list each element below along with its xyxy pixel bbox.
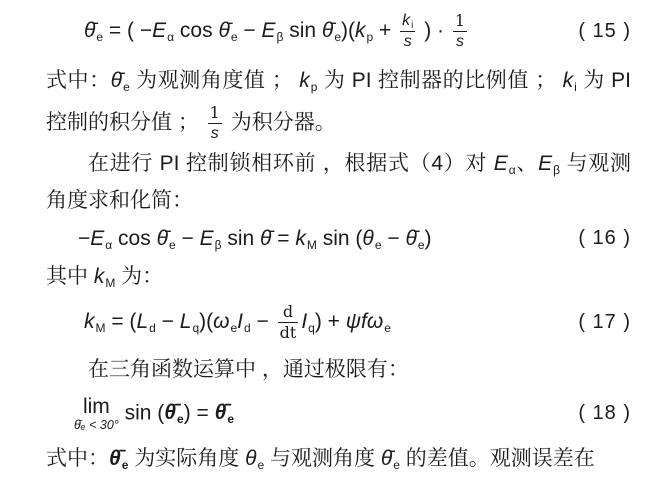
equation-17-number: ( 17 ) [578, 311, 631, 334]
math-token: ψf [346, 310, 367, 333]
equation-16-number: ( 16 ) [578, 227, 631, 250]
math-token [400, 31, 415, 32]
paragraph-limit-intro: 在三角函数运算中 ，通过极限有： [46, 351, 631, 388]
math-token: e [227, 412, 234, 426]
math-token: 与观测角度 [264, 447, 381, 470]
math-token: ) · [418, 19, 450, 42]
equation-15: θ̄e = ( −Eα cos θ̄e − Eβ sin θ̄e)(kp + k… [46, 4, 631, 58]
math-token: = ( − [103, 19, 152, 42]
math-token: kM [94, 265, 116, 288]
math-token: β [276, 30, 283, 44]
math-token: s [209, 126, 221, 142]
math-token: 的差值。观测误差在 [400, 447, 595, 470]
math-token: e [123, 80, 130, 94]
math-token: ki [563, 69, 577, 92]
math-token: e [122, 458, 129, 472]
math-token: s [402, 34, 414, 50]
math-token: sin [222, 227, 261, 250]
paragraph-km-intro: 其中 kM 为： [46, 258, 631, 295]
math-token: e [257, 458, 264, 472]
math-token: e [230, 321, 237, 335]
math-token: kp [355, 19, 373, 42]
math-token: e [418, 238, 425, 252]
math-token: 为 PI 控制器的比例值 ； [317, 69, 562, 92]
math-token: 在进行 PI 控制锁相环前 ，根据式（4）对 [88, 152, 494, 175]
math-token: Lq [180, 310, 199, 333]
math-token: θ̄e [111, 69, 130, 92]
math-token: θe [245, 447, 264, 470]
math-token: limθ̄ₑ < 30° [74, 396, 119, 432]
document-page: θ̄e = ( −Eα cos θ̄e − Eβ sin θ̄e)(kp + k… [0, 0, 645, 483]
math-token: cos [112, 227, 156, 250]
math-token: i [411, 20, 413, 31]
math-token: Eα [90, 227, 112, 250]
math-token: θ̄ [260, 227, 271, 250]
math-token: M [105, 276, 115, 290]
math-token: q [192, 321, 199, 335]
math-token: sin [283, 19, 322, 42]
math-token: kp [299, 69, 317, 92]
math-token: Eα [494, 152, 516, 175]
math-token: Id [237, 310, 251, 333]
math-token: lim [83, 396, 110, 417]
math-token: 1 [208, 105, 222, 121]
math-token: − [78, 227, 90, 250]
math-token: β [553, 163, 560, 177]
math-token: M [307, 238, 317, 252]
equation-18-number: ( 18 ) [578, 402, 631, 425]
math-token: 、 [516, 152, 538, 175]
math-token: α [509, 163, 516, 177]
math-token: θ̄e [164, 401, 183, 424]
math-token: ) = [184, 401, 215, 424]
math-token: Iq [301, 310, 315, 333]
math-token: p [367, 30, 374, 44]
math-token: Eβ [261, 19, 283, 42]
math-token: θ̄e [381, 447, 400, 470]
math-token: θe [362, 227, 381, 250]
math-token: e [375, 238, 382, 252]
math-token: dt [278, 325, 299, 341]
math-token: θ̄e [215, 401, 234, 424]
math-token: θ̄e [84, 19, 103, 42]
math-token: 为实际角度 [128, 447, 245, 470]
equation-15-body: θ̄e = ( −Eα cos θ̄e − Eβ sin θ̄e)(kp + k… [84, 13, 470, 50]
math-token: Eβ [200, 227, 222, 250]
math-token: Eα [152, 19, 174, 42]
math-token: i [574, 80, 577, 94]
math-token: 式中： [46, 69, 111, 92]
math-token: )( [199, 310, 213, 333]
math-token: − [238, 19, 262, 42]
paragraph-eq15-note: 式中：θ̄e 为观测角度值 ； kp 为 PI 控制器的比例值 ； ki 为 P… [46, 60, 631, 145]
math-token: 1 [453, 13, 467, 29]
math-token: θ̄ₑ < 30° [74, 419, 119, 432]
math-token: 1s [453, 13, 467, 50]
math-token: kM [84, 310, 106, 333]
math-token: q [308, 321, 315, 335]
math-token [208, 123, 222, 124]
math-token: kis [400, 13, 415, 50]
math-token: Ld [136, 310, 155, 333]
math-token: − [382, 227, 406, 250]
math-token: e [384, 321, 391, 335]
equation-18: limθ̄ₑ < 30° sin (θ̄e) = θ̄e ( 18 ) [46, 388, 631, 438]
math-token: e [393, 458, 400, 472]
math-token: 为观测角度值 ； [130, 69, 300, 92]
equation-18-body: limθ̄ₑ < 30° sin (θ̄e) = θ̄e [74, 396, 234, 432]
math-token: 为： [115, 265, 163, 288]
math-token: e [169, 238, 176, 252]
math-token: ) [425, 227, 432, 250]
math-token: Eβ [538, 152, 560, 175]
paragraph-intro-eq16: 在进行 PI 控制锁相环前 ，根据式（4）对 Eα、Eβ 与观测角度求和化简： [46, 145, 631, 220]
math-token: θ̄e [218, 19, 237, 42]
math-token: M [96, 321, 106, 335]
math-token [453, 31, 467, 32]
math-token: e [334, 30, 341, 44]
equation-16-body: −Eα cos θ̄e − Eβ sin θ̄ = kM sin (θe − θ… [78, 227, 432, 251]
math-token: e [231, 30, 238, 44]
equation-16: −Eα cos θ̄e − Eβ sin θ̄ = kM sin (θe − θ… [46, 220, 631, 258]
math-token: 为积分器。 [225, 111, 336, 134]
equation-17: kM = (Ld − Lq)(ωeId − ddtIq) + ψfωe ( 17… [46, 295, 631, 351]
math-token: cos [174, 19, 218, 42]
math-token: )( [341, 19, 355, 42]
math-token: θ̄e [109, 447, 128, 470]
paragraph-eq18-note: 式中：θ̄e 为实际角度 θe 与观测角度 θ̄e 的差值。观测误差在 [46, 438, 631, 480]
equation-15-number: ( 15 ) [578, 20, 631, 43]
math-token: − [156, 310, 180, 333]
math-token: α [167, 30, 174, 44]
math-token: − [251, 310, 275, 333]
math-token: ωe [213, 310, 237, 333]
math-token: kM [295, 227, 317, 250]
math-token: 在三角函数运算中 ，通过极限有： [88, 358, 409, 381]
math-token: e [96, 30, 103, 44]
math-token: = ( [106, 310, 137, 333]
math-token: α [105, 238, 112, 252]
math-token: sin ( [317, 227, 363, 250]
math-token: p [311, 80, 318, 94]
math-token: d [149, 321, 156, 335]
math-token: ) + [315, 310, 346, 333]
math-token: ωe [367, 310, 391, 333]
math-token: d [281, 304, 295, 320]
math-token: sin ( [119, 401, 165, 424]
math-token: θ̄e [322, 19, 341, 42]
math-token: ki [400, 13, 415, 29]
math-token: = [271, 227, 295, 250]
math-token: d [244, 321, 251, 335]
math-token: 1s [208, 105, 222, 142]
math-token: 其中 [46, 265, 94, 288]
math-token: β [215, 238, 222, 252]
math-token: e [177, 412, 184, 426]
equation-17-body: kM = (Ld − Lq)(ωeId − ddtIq) + ψfωe [84, 304, 391, 341]
math-token: θ̄e [157, 227, 176, 250]
math-token: + [373, 19, 397, 42]
math-token: θ̄e [405, 227, 424, 250]
math-token: s [454, 34, 466, 50]
math-token: ddt [278, 304, 299, 341]
math-token: 式中： [46, 447, 109, 470]
math-token: − [176, 227, 200, 250]
